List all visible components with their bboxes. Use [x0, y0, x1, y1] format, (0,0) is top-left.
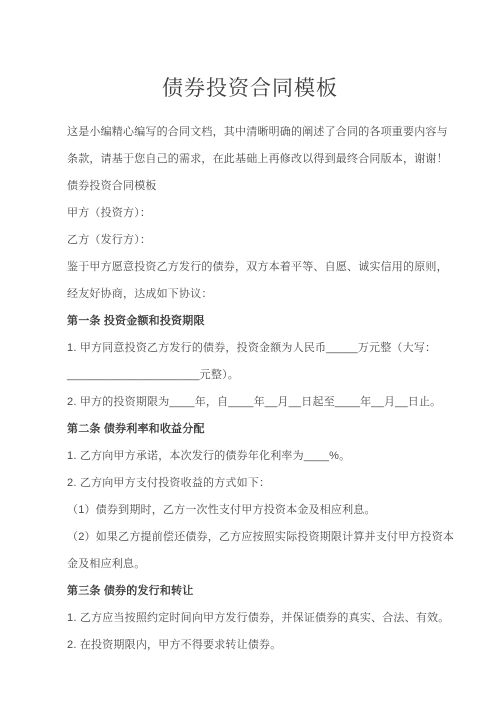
document-line: 债券投资合同模板 — [67, 173, 440, 200]
document-line: 这是小编精心编写的合同文档，其中清晰明确的阐述了合同的各项重要内容与 — [67, 119, 440, 146]
document-line: 2. 乙方向甲方支付投资收益的方式如下： — [67, 470, 440, 497]
document-line: 甲方（投资方）： — [67, 200, 440, 227]
document-section-heading: 第一条 投资金额和投资期限 — [67, 308, 440, 335]
document-section-heading: 第二条 债券利率和收益分配 — [67, 416, 440, 443]
document-line: 1. 乙方应当按照约定时间向甲方发行债券，并保证债券的真实、合法、有效。 — [67, 605, 440, 632]
document-title: 债券投资合同模板 — [0, 0, 500, 104]
document-line: _____________________元整）。 — [67, 362, 440, 389]
document-line: （2）如果乙方提前偿还债券，乙方应按照实际投资期限计算并支付甲方投资本 — [67, 524, 440, 551]
document-line: 条款，请基于您自己的需求，在此基础上再修改以得到最终合同版本，谢谢！ — [67, 146, 440, 173]
document-line: 1. 甲方同意投资乙方发行的债券，投资金额为人民币_____万元整（大写： — [67, 335, 440, 362]
document-line: 乙方（发行方）： — [67, 227, 440, 254]
document-section-heading: 第三条 债券的发行和转让 — [67, 578, 440, 605]
document-line: 2. 甲方的投资期限为____年，自____年__月__日起至____年__月_… — [67, 389, 440, 416]
document-line: 鉴于甲方愿意投资乙方发行的债券，双方本着平等、自愿、诚实信用的原则， — [67, 254, 440, 281]
document-line: 2. 在投资期限内，甲方不得要求转让债券。 — [67, 632, 440, 659]
document-line: 金及相应利息。 — [67, 551, 440, 578]
document-page: 债券投资合同模板 这是小编精心编写的合同文档，其中清晰明确的阐述了合同的各项重要… — [0, 0, 500, 707]
document-line: （1）债券到期时，乙方一次性支付甲方投资本金及相应利息。 — [67, 497, 440, 524]
document-body: 这是小编精心编写的合同文档，其中清晰明确的阐述了合同的各项重要内容与条款，请基于… — [67, 119, 440, 659]
document-line: 经友好协商，达成如下协议： — [67, 281, 440, 308]
document-line: 1. 乙方向甲方承诺，本次发行的债券年化利率为____%。 — [67, 443, 440, 470]
